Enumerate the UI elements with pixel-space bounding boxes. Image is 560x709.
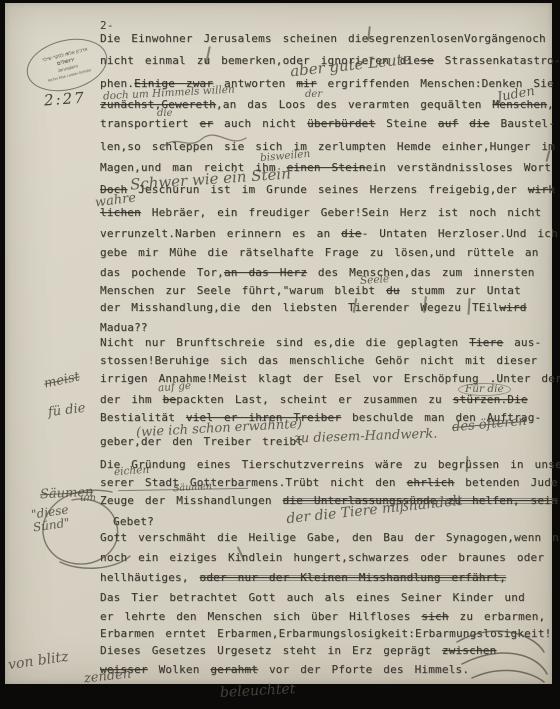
typed-line: transportiert er auch nicht überbürdet S… xyxy=(100,118,555,130)
typed-line: der Misshandlung,die den liebsten Tieren… xyxy=(100,302,527,314)
photograph-frame: ארכיון אלזה לסקר-שילר ירושלים Jerusalem … xyxy=(0,0,560,709)
typed-text-segment: Das Tier betrachtet Gott auch als eines … xyxy=(100,591,525,604)
typed-line: Das Tier betrachtet Gott auch als eines … xyxy=(100,592,525,604)
typed-text-segment xyxy=(458,117,469,130)
typed-text-segment: Menschen zur Seele führt,"warum bleibt xyxy=(100,284,386,297)
typed-text-segment: geber,der den Treiber treibt xyxy=(100,435,303,448)
typed-line: Menschen zur Seele führt,"warum bleibt d… xyxy=(100,285,521,297)
typed-text-segment: aus- xyxy=(503,336,541,349)
struck-text: sich xyxy=(421,610,448,623)
catalog-number-note: 2:27 xyxy=(43,89,86,110)
typed-line: serer Stadt Gotterbarmens.Trübt nicht de… xyxy=(100,477,558,489)
typed-text-segment: , xyxy=(547,98,554,111)
struck-text: einen Stein xyxy=(287,161,366,174)
struck-text: be xyxy=(163,393,177,406)
typed-line: verrunzelt.Narben erinnern es an die- Un… xyxy=(100,228,558,240)
struck-text: die xyxy=(341,227,361,240)
pencil-flourish xyxy=(20,478,132,576)
typed-line: weisser Wolken gerahmt vor der Pforte de… xyxy=(100,664,469,676)
page-number: 2- xyxy=(100,19,114,32)
typed-text-segment: verrunzelt.Narben erinnern es an xyxy=(100,227,341,240)
typed-text-segment: - Untaten Herzloser.Und ich xyxy=(362,227,558,240)
typed-text-segment: Dieses Gesetzes Urgesetz steht in Erz ge… xyxy=(100,644,442,657)
handwritten-note: beleuchtet xyxy=(220,682,296,701)
typed-line: Dieses Gesetzes Urgesetz steht in Erz ge… xyxy=(100,645,496,657)
typed-line: Die Einwohner Jerusalems scheinen dieseg… xyxy=(100,33,546,45)
typed-text-segment: Steine xyxy=(375,117,438,130)
typed-text-segment: Bestialität xyxy=(100,411,186,424)
typed-line: der ihm bepackten Last, scheint er zusam… xyxy=(100,394,528,406)
typed-line: Nicht nur Brunftschreie sind es,die die … xyxy=(100,337,541,349)
typed-line: hellhäutiges, oder nur der Kleinen Missh… xyxy=(100,572,506,584)
struck-text: oder nur der Kleinen Misshandlung erfähr… xyxy=(200,571,507,584)
typed-text-segment: Baustel- xyxy=(490,117,555,130)
typed-text-segment: stossen!Beruhige sich das menschliche Ge… xyxy=(100,354,537,367)
struck-text: se xyxy=(420,54,434,67)
struck-text: wirk xyxy=(528,183,555,196)
typed-line: Madua?? xyxy=(100,322,148,334)
typed-text-segment: serer Stadt Gotterbarmens.Trübt nicht de… xyxy=(100,476,407,489)
typed-text-segment: Gott verschmäht die Heilige Gabe, den Ba… xyxy=(100,531,559,544)
struck-text: die xyxy=(469,117,489,130)
typed-text-segment: ,an das Loos des verarmten gequälten xyxy=(216,98,492,111)
typed-text-segment: Strassenkatastro- xyxy=(434,54,560,67)
typed-text-segment: Nicht nur Brunftschreie sind es,die die … xyxy=(100,336,469,349)
typed-text-segment: auch nicht xyxy=(213,117,307,130)
pencil-flourish xyxy=(452,622,552,684)
struck-text: auf xyxy=(438,117,458,130)
typed-text-segment: Die Einwohner Jerusalems scheinen dieseg… xyxy=(100,32,546,45)
typed-line: das pochende Tor,an das Herz des Mensche… xyxy=(100,267,535,279)
typed-text-segment: Die Gründung eines Tierschutzverreins wä… xyxy=(100,458,560,471)
struck-text: überbürdet xyxy=(307,117,375,130)
struck-text: du xyxy=(386,284,400,297)
typed-text-segment: noch ein eiziges Kindlein hungert,schwar… xyxy=(100,551,544,564)
struck-text: gerahmt xyxy=(210,663,258,676)
struck-text: er xyxy=(200,117,214,130)
struck-text: Tiere xyxy=(469,336,503,349)
handwritten-note: der xyxy=(305,90,322,101)
typed-text-segment: vor der Pforte des Himmels. xyxy=(258,663,469,676)
typed-text-segment: Madua?? xyxy=(100,321,148,334)
handwritten-note: Seele xyxy=(360,274,390,287)
typed-line: lichen Hebräer, ein freudiger Geber!Sein… xyxy=(100,207,541,219)
struck-text: ehrlich xyxy=(407,476,455,489)
typed-text-segment: ein verständnissloses Wort xyxy=(366,161,551,174)
pencil-flourish xyxy=(158,130,250,156)
typed-line: geber,der den Treiber treibt xyxy=(100,436,303,448)
typed-text-segment: betenden Jude xyxy=(454,476,558,489)
typed-text-segment: des Menschen,das zum innersten xyxy=(307,266,535,279)
typed-text-segment: stumm zur Untat xyxy=(400,284,521,297)
struck-text: an das Herz xyxy=(224,266,307,279)
handwritten-note: die xyxy=(157,109,173,120)
typed-text-segment: Wolken xyxy=(148,663,211,676)
typed-text-segment: packten Last, scheint er zusammen zu xyxy=(176,393,452,406)
handwritten-note-circled: Für die xyxy=(458,383,511,396)
typed-text-segment: transportiert xyxy=(100,117,200,130)
typed-line: Zeuge der Misshandlungen die Unterlassun… xyxy=(100,495,558,507)
typed-line: noch ein eiziges Kindlein hungert,schwar… xyxy=(100,552,544,564)
typed-text-segment: gebe mir Mühe die rätselhafte Frage zu l… xyxy=(100,246,539,259)
typed-text-segment: der Misshandlung,die den liebsten Tieren… xyxy=(100,301,499,314)
typed-text-segment: das pochende Tor, xyxy=(100,266,224,279)
typed-line: Gott verschmäht die Heilige Gabe, den Ba… xyxy=(100,532,559,544)
struck-text: wird xyxy=(499,301,526,314)
typed-text-segment: er lehrte den Menschen sich über Hilflos… xyxy=(100,610,421,623)
typed-line: stossen!Beruhige sich das menschliche Ge… xyxy=(100,355,537,367)
typed-text-segment: Hebräer, ein freudiger Geber!Sein Herz i… xyxy=(141,206,541,219)
typed-text-segment: der ihm xyxy=(100,393,163,406)
typed-line: Die Gründung eines Tierschutzverreins wä… xyxy=(100,459,560,471)
typed-line: gebe mir Mühe die rätselhafte Frage zu l… xyxy=(100,247,539,259)
